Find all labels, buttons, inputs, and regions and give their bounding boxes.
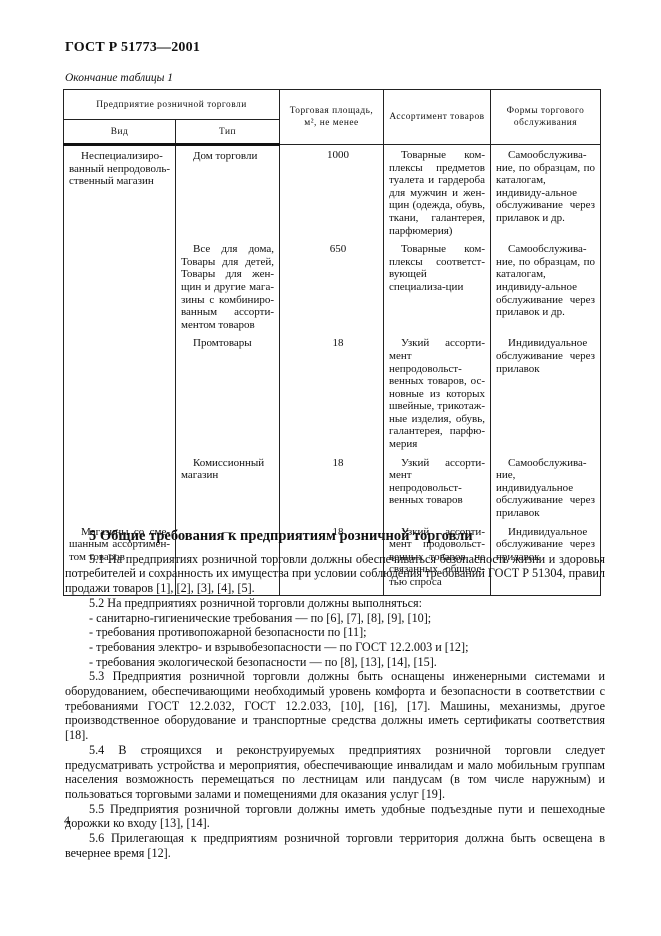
cell-text: Самообслужива-ние, по образцам, по катал… bbox=[496, 243, 595, 319]
cell-text: 650 bbox=[298, 243, 378, 256]
cell-text: 18 bbox=[298, 457, 378, 470]
cell-forms: Самообслужива-ние, по образцам, по катал… bbox=[491, 145, 601, 244]
cell-text: Узкий ассорти-мент непродовольст-венных … bbox=[389, 337, 485, 450]
cell-assortment: Товарные ком-плексы соответст-вующей спе… bbox=[384, 243, 491, 337]
cell-text: Неспециализиро-ванный непродоволь-ственн… bbox=[69, 150, 170, 188]
list-item: - требования электро- и взрывобезопаснос… bbox=[89, 640, 605, 655]
cell-area: 1000 bbox=[280, 145, 384, 244]
header-forms: Формы торгового обслуживания bbox=[491, 90, 601, 145]
cell-text: Товарные ком-плексы предметов туалета и … bbox=[389, 149, 485, 237]
paragraph-5-5: 5.5 Предприятия розничной торговли должн… bbox=[65, 802, 605, 831]
cell-tip: Промтовары bbox=[176, 337, 280, 456]
header-tip: Тип bbox=[176, 120, 280, 145]
cell-text: Дом торговли bbox=[181, 150, 274, 163]
cell-area: 650 bbox=[280, 243, 384, 337]
cell-text: Товарные ком-плексы соответст-вующей спе… bbox=[389, 243, 485, 293]
header-area: Торговая площадь, м², не менее bbox=[280, 90, 384, 145]
table-caption: Окончание таблицы 1 bbox=[65, 72, 173, 84]
cell-text: 1000 bbox=[298, 149, 378, 162]
header-enterprise-group: Предприятие розничной торговли bbox=[64, 90, 280, 120]
cell-area: 18 bbox=[280, 337, 384, 456]
cell-forms: Самообслужива-ние, индивидуальное обслуж… bbox=[491, 457, 601, 526]
cell-text: Комиссионный магазин bbox=[181, 457, 274, 482]
document-code: ГОСТ Р 51773—2001 bbox=[65, 40, 200, 56]
cell-text: 18 bbox=[298, 337, 378, 350]
page-number: 4 bbox=[64, 813, 70, 828]
cell-vid bbox=[64, 243, 176, 337]
paragraph-5-3: 5.3 Предприятия розничной торговли должн… bbox=[65, 669, 605, 743]
section-title: 5 Общие требования к предприятиям рознич… bbox=[89, 529, 605, 544]
cell-text: Индивидуальное обслуживание через прилав… bbox=[496, 337, 595, 375]
table-row: Все для дома, Товары для детей, Товары д… bbox=[64, 243, 601, 337]
header-vid: Вид bbox=[64, 120, 176, 145]
paragraph-5-2: 5.2 На предприятиях розничной торговли д… bbox=[65, 596, 605, 611]
paragraph-5-6: 5.6 Прилегающая к предприятиям розничной… bbox=[65, 831, 605, 860]
cell-assortment: Товарные ком-плексы предметов туалета и … bbox=[384, 145, 491, 244]
table-row: Комиссионный магазин18Узкий ассорти-мент… bbox=[64, 457, 601, 526]
cell-forms: Индивидуальное обслуживание через прилав… bbox=[491, 337, 601, 456]
cell-vid bbox=[64, 337, 176, 456]
cell-text: Самообслужива-ние, по образцам, по катал… bbox=[496, 149, 595, 225]
retail-enterprise-table: Предприятие розничной торговли Торговая … bbox=[63, 89, 601, 596]
table-row: Неспециализиро-ванный непродоволь-ственн… bbox=[64, 145, 601, 244]
list-item: - санитарно-гигиенические требования — п… bbox=[89, 611, 605, 626]
list-item: - требования противопожарной безопасност… bbox=[89, 625, 605, 640]
cell-tip: Комиссионный магазин bbox=[176, 457, 280, 526]
cell-text: Все для дома, Товары для детей, Товары д… bbox=[181, 243, 274, 331]
paragraph-5-1: 5.1 На предприятиях розничной торговли д… bbox=[65, 552, 605, 596]
cell-tip: Все для дома, Товары для детей, Товары д… bbox=[176, 243, 280, 337]
table-row: Промтовары18Узкий ассорти-мент непродово… bbox=[64, 337, 601, 456]
cell-vid: Неспециализиро-ванный непродоволь-ственн… bbox=[64, 145, 176, 244]
cell-forms: Самообслужива-ние, по образцам, по катал… bbox=[491, 243, 601, 337]
cell-assortment: Узкий ассорти-мент непродовольст-венных … bbox=[384, 457, 491, 526]
cell-vid bbox=[64, 457, 176, 526]
cell-text: Самообслужива-ние, индивидуальное обслуж… bbox=[496, 457, 595, 520]
section-5: 5 Общие требования к предприятиям рознич… bbox=[65, 529, 605, 860]
cell-assortment: Узкий ассорти-мент непродовольст-венных … bbox=[384, 337, 491, 456]
cell-tip: Дом торговли bbox=[176, 145, 280, 244]
cell-text: Узкий ассорти-мент непродовольст-венных … bbox=[389, 457, 485, 507]
paragraph-5-4: 5.4 В строящихся и реконструируемых пред… bbox=[65, 743, 605, 802]
cell-area: 18 bbox=[280, 457, 384, 526]
cell-text: Промтовары bbox=[181, 337, 274, 350]
list-item: - требования экологической безопасности … bbox=[89, 655, 605, 670]
header-assortment: Ассортимент товаров bbox=[384, 90, 491, 145]
